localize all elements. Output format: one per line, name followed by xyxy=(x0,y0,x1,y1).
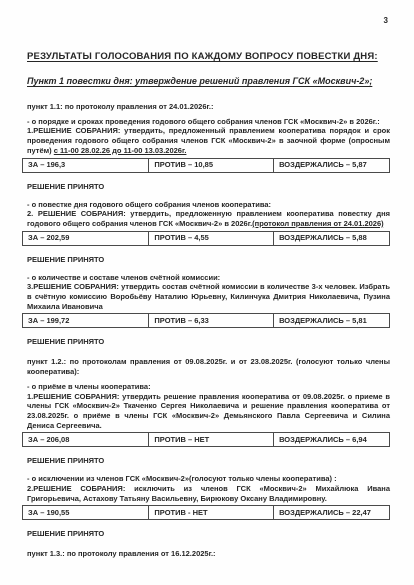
vote-row: ЗА – 196,3 ПРОТИВ – 10,85 ВОЗДЕРЖАЛИСЬ –… xyxy=(23,158,390,172)
vote-abstained-cell: ВОЗДЕРЖАЛИСЬ – 5,87 xyxy=(274,158,390,172)
vote-protiv-cell: ПРОТИВ – 4,55 xyxy=(149,231,274,245)
decision-text: 1.РЕШЕНИЕ СОБРАНИЯ: утвердить, предложен… xyxy=(27,126,390,155)
decision-text-underlined: с 11-00 28.02.26 до 11-00 13.03.2026г. xyxy=(54,146,187,155)
vote-za-cell: ЗА – 196,3 xyxy=(23,158,149,172)
vote-za-cell: ЗА – 190,55 xyxy=(23,506,149,520)
vote-table: ЗА – 199,72 ПРОТИВ – 6,33 ВОЗДЕРЖАЛИСЬ –… xyxy=(22,313,390,328)
decision-status: РЕШЕНИЕ ПРИНЯТО xyxy=(27,182,390,191)
question-text: - о исключении из членов ГСК «Москвич-2»… xyxy=(27,474,390,484)
decision-text: 2.РЕШЕНИЕ СОБРАНИЯ: исключить из членов … xyxy=(27,484,390,503)
vote-za-cell: ЗА – 199,72 xyxy=(23,314,149,328)
vote-result-group: - о приёме в члены кооператива: 1.РЕШЕНИ… xyxy=(27,382,390,466)
vote-protiv-cell: ПРОТИВ – НЕТ xyxy=(149,433,274,447)
vote-abstained-cell: ВОЗДЕРЖАЛИСЬ – 5,81 xyxy=(274,314,390,328)
point-1-2-header: пункт 1.2.: по протоколам правления от 0… xyxy=(27,357,390,376)
page-number: 3 xyxy=(27,16,388,25)
vote-protiv-cell: ПРОТИВ - НЕТ xyxy=(149,506,274,520)
document-page: 3 РЕЗУЛЬТАТЫ ГОЛОСОВАНИЯ ПО КАЖДОМУ ВОПР… xyxy=(0,0,414,585)
vote-row: ЗА – 202,59 ПРОТИВ – 4,55 ВОЗДЕРЖАЛИСЬ –… xyxy=(23,231,390,245)
vote-table: ЗА – 206,08 ПРОТИВ – НЕТ ВОЗДЕРЖАЛИСЬ – … xyxy=(22,432,390,447)
decision-status: РЕШЕНИЕ ПРИНЯТО xyxy=(27,255,390,264)
decision-text: 1.РЕШЕНИЕ СОБРАНИЯ: утвердить решение пр… xyxy=(27,392,390,431)
decision-text: 2. РЕШЕНИЕ СОБРАНИЯ: утвердить, предложе… xyxy=(27,209,390,228)
question-text: - о порядке и сроках проведения годового… xyxy=(27,117,390,127)
vote-row: ЗА – 206,08 ПРОТИВ – НЕТ ВОЗДЕРЖАЛИСЬ – … xyxy=(23,433,390,447)
decision-status: РЕШЕНИЕ ПРИНЯТО xyxy=(27,529,390,538)
vote-protiv-cell: ПРОТИВ – 10,85 xyxy=(149,158,274,172)
decision-text: 3.РЕШЕНИЕ СОБРАНИЯ: утвердить состав счё… xyxy=(27,282,390,311)
vote-table: ЗА – 202,59 ПРОТИВ – 4,55 ВОЗДЕРЖАЛИСЬ –… xyxy=(22,231,390,246)
vote-result-group: - о количестве и составе членов счётной … xyxy=(27,273,390,347)
vote-table: ЗА – 190,55 ПРОТИВ - НЕТ ВОЗДЕРЖАЛИСЬ – … xyxy=(22,505,390,520)
agenda-item-1-heading: Пункт 1 повестки дня: утверждение решени… xyxy=(27,76,390,86)
vote-abstained-cell: ВОЗДЕРЖАЛИСЬ – 22,47 xyxy=(274,506,390,520)
vote-abstained-cell: ВОЗДЕРЖАЛИСЬ – 6,94 xyxy=(274,433,390,447)
point-1-1-header: пункт 1.1: по протоколу правления от 24.… xyxy=(27,102,390,112)
question-text: - о приёме в члены кооператива: xyxy=(27,382,390,392)
vote-result-group: - о повестке дня годового общего собрани… xyxy=(27,200,390,264)
decision-status: РЕШЕНИЕ ПРИНЯТО xyxy=(27,337,390,346)
vote-result-group: - о порядке и сроках проведения годового… xyxy=(27,117,390,191)
vote-abstained-cell: ВОЗДЕРЖАЛИСЬ – 5,88 xyxy=(274,231,390,245)
decision-text-underlined: (протокол правления от 24.01.2026) xyxy=(252,219,383,228)
decision-status: РЕШЕНИЕ ПРИНЯТО xyxy=(27,456,390,465)
point-1-3-header: пункт 1.3.: по протоколу правления от 16… xyxy=(27,549,390,559)
vote-result-group: - о исключении из членов ГСК «Москвич-2»… xyxy=(27,474,390,538)
vote-row: ЗА – 190,55 ПРОТИВ - НЕТ ВОЗДЕРЖАЛИСЬ – … xyxy=(23,506,390,520)
question-text: - о повестке дня годового общего собрани… xyxy=(27,200,390,210)
vote-table: ЗА – 196,3 ПРОТИВ – 10,85 ВОЗДЕРЖАЛИСЬ –… xyxy=(22,158,390,173)
vote-za-cell: ЗА – 202,59 xyxy=(23,231,149,245)
vote-row: ЗА – 199,72 ПРОТИВ – 6,33 ВОЗДЕРЖАЛИСЬ –… xyxy=(23,314,390,328)
question-text: - о количестве и составе членов счётной … xyxy=(27,273,390,283)
vote-za-cell: ЗА – 206,08 xyxy=(23,433,149,447)
vote-protiv-cell: ПРОТИВ – 6,33 xyxy=(149,314,274,328)
results-title: РЕЗУЛЬТАТЫ ГОЛОСОВАНИЯ ПО КАЖДОМУ ВОПРОС… xyxy=(27,51,390,62)
